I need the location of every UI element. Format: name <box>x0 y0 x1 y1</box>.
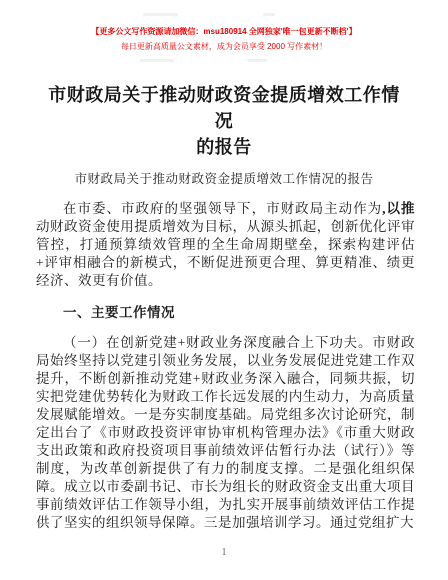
document-page: { "page": { "header_ad": { "line1": "【更多… <box>0 0 448 580</box>
paragraph-intro-run2-bold: ,以推 <box>382 201 415 216</box>
document-title-line2: 的报告 <box>40 134 408 160</box>
document-body: 在市委、市政府的坚强领导下，市财政局主动作为,以推动财政资金使用提质增效为目标，… <box>36 200 415 532</box>
watermark-smudge <box>247 59 267 62</box>
paragraph-intro: 在市委、市政府的坚强领导下，市财政局主动作为,以推动财政资金使用提质增效为目标，… <box>36 200 415 290</box>
watermark-smudge <box>143 13 178 16</box>
page-number: 1 <box>0 547 448 558</box>
document-title-line1: 市财政局关于推动财政资金提质增效工作情况 <box>40 82 408 134</box>
watermark-smudge <box>263 13 275 16</box>
paragraph-section1: （一）在创新党建+财政业务深度融合上下功夫。市财政局始终坚持以党建引领业务发展，… <box>36 334 415 532</box>
header-ad-line2: 每日更新高质量公文素材，成为会员享受 2000 写作素材！ <box>0 41 448 52</box>
paragraph-intro-run3: 动财政资金使用提质增效为目标，从源头抓起，创新优化评审管控，打通预算绩效管理的全… <box>36 219 415 288</box>
header-ad-block: 【更多公文写作资源请加微信：msu180914 全网独家'唯一包更新不断档'】 … <box>0 0 448 52</box>
watermark-smudge <box>140 59 174 62</box>
paragraph-intro-run1: 在市委、市政府的坚强领导下，市财政局主动作为 <box>63 201 382 216</box>
header-ad-line1: 【更多公文写作资源请加微信：msu180914 全网独家'唯一包更新不断档'】 <box>0 26 448 37</box>
section-heading-1: 一、主要工作情况 <box>36 304 415 322</box>
document-subtitle: 市财政局关于推动财政资金提质增效工作情况的报告 <box>0 169 448 187</box>
document-title: 市财政局关于推动财政资金提质增效工作情况 的报告 <box>40 82 408 160</box>
